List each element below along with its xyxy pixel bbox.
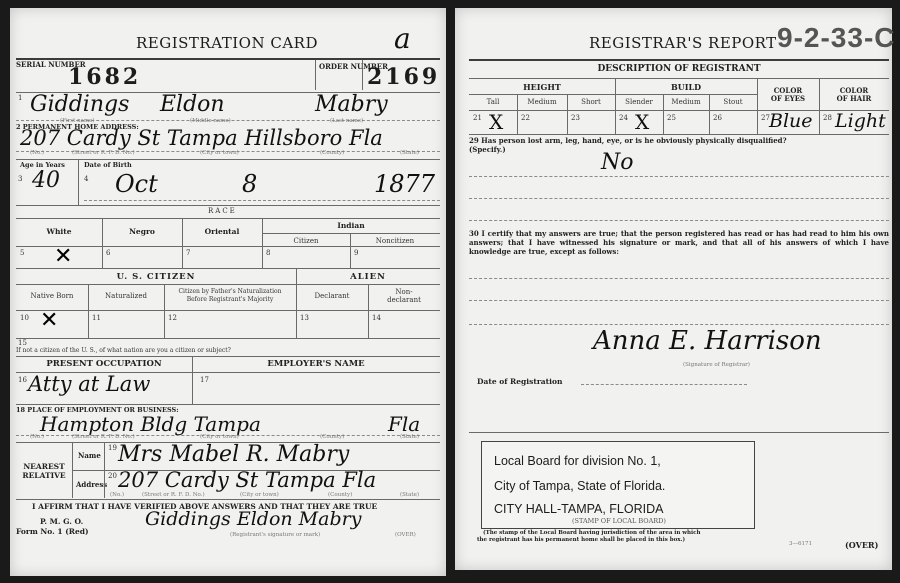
divider — [469, 176, 889, 177]
divider — [469, 220, 889, 221]
field-number: 22 — [521, 114, 530, 122]
build-slender-label: Slender — [615, 98, 663, 106]
field-number: 19 — [108, 444, 117, 452]
disqualification-question: 29 Has person lost arm, leg, hand, eye, … — [469, 136, 787, 145]
divider — [469, 432, 889, 433]
sub-label: (No.) — [110, 492, 124, 498]
field-number: 6 — [106, 249, 110, 257]
eye-color-heading: OF EYES — [757, 94, 819, 103]
field-number: 5 — [20, 249, 24, 257]
alien-heading: ALIEN — [296, 272, 440, 282]
certification-text: 30 I certify that my answers are true; t… — [469, 229, 889, 256]
form-code-label: P. M. G. O. — [40, 517, 83, 526]
divider — [102, 218, 103, 268]
divider — [262, 233, 440, 234]
build-heading: BUILD — [615, 82, 757, 92]
report-stamp-code: 9-2-33-C — [777, 22, 895, 54]
eye-color-value: Blue — [769, 110, 813, 132]
divider — [469, 94, 757, 95]
field-number: 14 — [372, 314, 381, 322]
height-short-label: Short — [567, 98, 615, 106]
divider — [469, 278, 889, 279]
height-medium-label: Medium — [517, 98, 567, 106]
nearest-relative-label: NEAREST — [16, 462, 72, 471]
stamp-line: Local Board for division No. 1, — [494, 454, 661, 468]
last-name: Mabry — [315, 92, 388, 117]
divider — [315, 60, 316, 90]
divider — [78, 159, 79, 205]
corner-mark: a — [394, 22, 411, 55]
field-number: 21 — [473, 114, 482, 122]
race-oriental-label: Oriental — [182, 227, 262, 236]
race-indian-label: Indian — [262, 221, 440, 230]
field-number: 13 — [300, 314, 309, 322]
non-declarant-label: Non- — [368, 288, 440, 296]
field-number: 25 — [667, 114, 676, 122]
field-number: 16 — [18, 376, 27, 384]
build-medium-label: Medium — [663, 98, 709, 106]
middle-name: Eldon — [160, 92, 225, 117]
sub-label: (Street or R. F. D. No.) — [72, 434, 135, 440]
native-born-label: Native Born — [16, 292, 88, 300]
over-label: (OVER) — [395, 532, 416, 538]
build-stout-label: Stout — [709, 98, 757, 106]
field-number: 23 — [571, 114, 580, 122]
serial-number-label: SERIAL NUMBER — [16, 61, 56, 69]
divider — [16, 246, 440, 247]
divider — [16, 356, 440, 357]
home-address-value: 207 Cardy St Tampa Hillsboro Fla — [20, 126, 383, 150]
form-number-label: Form No. 1 (Red) — [16, 527, 89, 536]
nation-question: If not a citizen of the U. S., of what n… — [16, 347, 231, 354]
sub-label: (County) — [320, 150, 344, 156]
divider — [16, 205, 440, 206]
sub-label: (Street or R. F. D. No.) — [142, 492, 205, 498]
divider — [469, 134, 889, 135]
field-number: 4 — [84, 175, 88, 183]
hair-color-heading: OF HAIR — [819, 94, 889, 103]
divider — [362, 60, 363, 90]
us-citizen-heading: U. S. CITIZEN — [16, 272, 296, 282]
sub-label: (State) — [400, 492, 419, 498]
divider — [469, 78, 889, 79]
field-number: 1 — [18, 94, 22, 102]
relative-name-value: Mrs Mabel R. Mabry — [118, 442, 349, 467]
field-number: 7 — [186, 249, 190, 257]
sub-label: (No.) — [30, 434, 44, 440]
relative-address-value: 207 Cardy St Tampa Fla — [118, 468, 376, 492]
employment-place-value: Hampton Bldg Tampa — [40, 412, 261, 436]
signature-sub-label: (Registrant's signature or mark) — [230, 532, 320, 538]
stamp-footnote: the registrant has his permanent home sh… — [477, 537, 685, 543]
citizen-by-father-label: Before Registrant's Majority — [164, 296, 296, 303]
height-tall-label: Tall — [469, 98, 517, 106]
field-number: 26 — [713, 114, 722, 122]
form-code: 3—6171 — [789, 541, 812, 547]
divider — [16, 268, 440, 269]
stamp-line: City of Tampa, State of Florida. — [494, 479, 665, 493]
tall-checkmark: X — [489, 110, 503, 134]
serial-number-value: 1682 — [68, 64, 141, 90]
divider — [350, 233, 351, 268]
sub-label: (County) — [328, 492, 352, 498]
divider — [16, 499, 440, 500]
sub-label: (State) — [400, 150, 419, 156]
registrant-signature: Giddings Eldon Mabry — [145, 508, 361, 530]
white-checkmark: ✕ — [54, 246, 72, 268]
dob-label: Date of Birth — [84, 161, 132, 169]
date-of-registration-label: Date of Registration — [477, 377, 562, 386]
stamp-caption: (STAMP OF LOCAL BOARD) — [572, 517, 666, 525]
field-number: 28 — [823, 114, 832, 122]
divider — [16, 338, 440, 339]
specify-label: (Specify.) — [469, 145, 506, 154]
order-number-value: 2169 — [367, 64, 440, 90]
divider — [16, 218, 440, 219]
sub-label: (Street or R. F. D. No.) — [72, 150, 135, 156]
dob-month: Oct — [115, 170, 158, 198]
sub-label: (City or town) — [200, 434, 239, 440]
relative-name-label: Name — [78, 451, 101, 460]
employer-heading: EMPLOYER'S NAME — [192, 359, 440, 369]
declarant-label: Declarant — [296, 292, 368, 300]
order-number-label: ORDER NUMBER — [319, 63, 359, 71]
non-declarant-label: declarant — [368, 296, 440, 304]
registration-card: REGISTRATION CARD a SERIAL NUMBER 1682 O… — [10, 8, 446, 576]
divider — [469, 300, 889, 301]
sub-label: (No.) — [30, 150, 44, 156]
field-number: 11 — [92, 314, 101, 322]
sub-label: (Last name) — [330, 118, 363, 124]
description-heading: DESCRIPTION OF REGISTRANT — [469, 64, 889, 74]
field-number: 9 — [354, 249, 358, 257]
registrar-signature-label: (Signature of Registrar) — [683, 362, 750, 368]
divider — [16, 404, 440, 405]
divider — [16, 159, 440, 160]
local-board-stamp: Local Board for division No. 1, City of … — [481, 441, 755, 529]
field-number: 20 — [108, 472, 117, 480]
dob-day: 8 — [242, 170, 257, 198]
sub-label: (Middle name) — [190, 118, 231, 124]
stamp-footnote: (The stamp of the Local Board having jur… — [483, 530, 700, 536]
naturalized-label: Naturalized — [88, 292, 164, 300]
report-title: REGISTRAR'S REPORT — [589, 34, 777, 52]
race-indian-citizen-label: Citizen — [262, 237, 350, 245]
sub-label: (City or town) — [200, 150, 239, 156]
relative-address-label: Address — [76, 480, 107, 489]
field-number: 10 — [20, 314, 29, 322]
divider — [469, 324, 889, 325]
card-title: REGISTRATION CARD — [136, 34, 318, 52]
age-value: 40 — [32, 168, 60, 193]
field-number: 3 — [18, 175, 22, 183]
first-name: Giddings — [30, 92, 129, 117]
divider — [469, 198, 889, 199]
field-number: 17 — [200, 376, 209, 384]
divider — [182, 218, 183, 268]
divider — [469, 59, 889, 61]
height-heading: HEIGHT — [469, 82, 615, 92]
divider — [469, 110, 889, 111]
hair-color-value: Light — [835, 110, 886, 132]
field-number: 8 — [266, 249, 270, 257]
employment-state-value: Fla — [388, 412, 420, 436]
dob-year: 1877 — [374, 170, 435, 198]
slender-checkmark: X — [635, 110, 649, 134]
field-number: 12 — [168, 314, 177, 322]
divider — [16, 310, 440, 311]
over-label: (OVER) — [845, 540, 878, 550]
race-indian-noncitizen-label: Noncitizen — [350, 237, 440, 245]
race-negro-label: Negro — [102, 227, 182, 236]
race-heading: RACE — [208, 207, 237, 215]
registrar-signature: Anna E. Harrison — [593, 326, 822, 356]
field-number: 24 — [619, 114, 628, 122]
stamp-line: CITY HALL-TAMPA, FLORIDA — [494, 502, 663, 516]
divider — [16, 284, 440, 285]
occupation-heading: PRESENT OCCUPATION — [16, 359, 192, 369]
sub-label: (City or town) — [240, 492, 279, 498]
registrars-report-card: REGISTRAR'S REPORT 9-2-33-C DESCRIPTION … — [455, 8, 892, 570]
race-white-label: White — [16, 227, 102, 236]
sub-label: (State) — [400, 434, 419, 440]
sub-label: (County) — [320, 434, 344, 440]
date-of-registration-line — [581, 384, 747, 385]
field-number: 15 — [18, 339, 27, 347]
disqualification-answer: No — [601, 150, 634, 175]
divider — [84, 200, 440, 201]
occupation-value: Atty at Law — [28, 372, 150, 396]
nearest-relative-label: RELATIVE — [16, 471, 72, 480]
native-born-checkmark: ✕ — [40, 310, 58, 332]
citizen-by-father-label: Citizen by Father's Naturalization — [164, 288, 296, 295]
